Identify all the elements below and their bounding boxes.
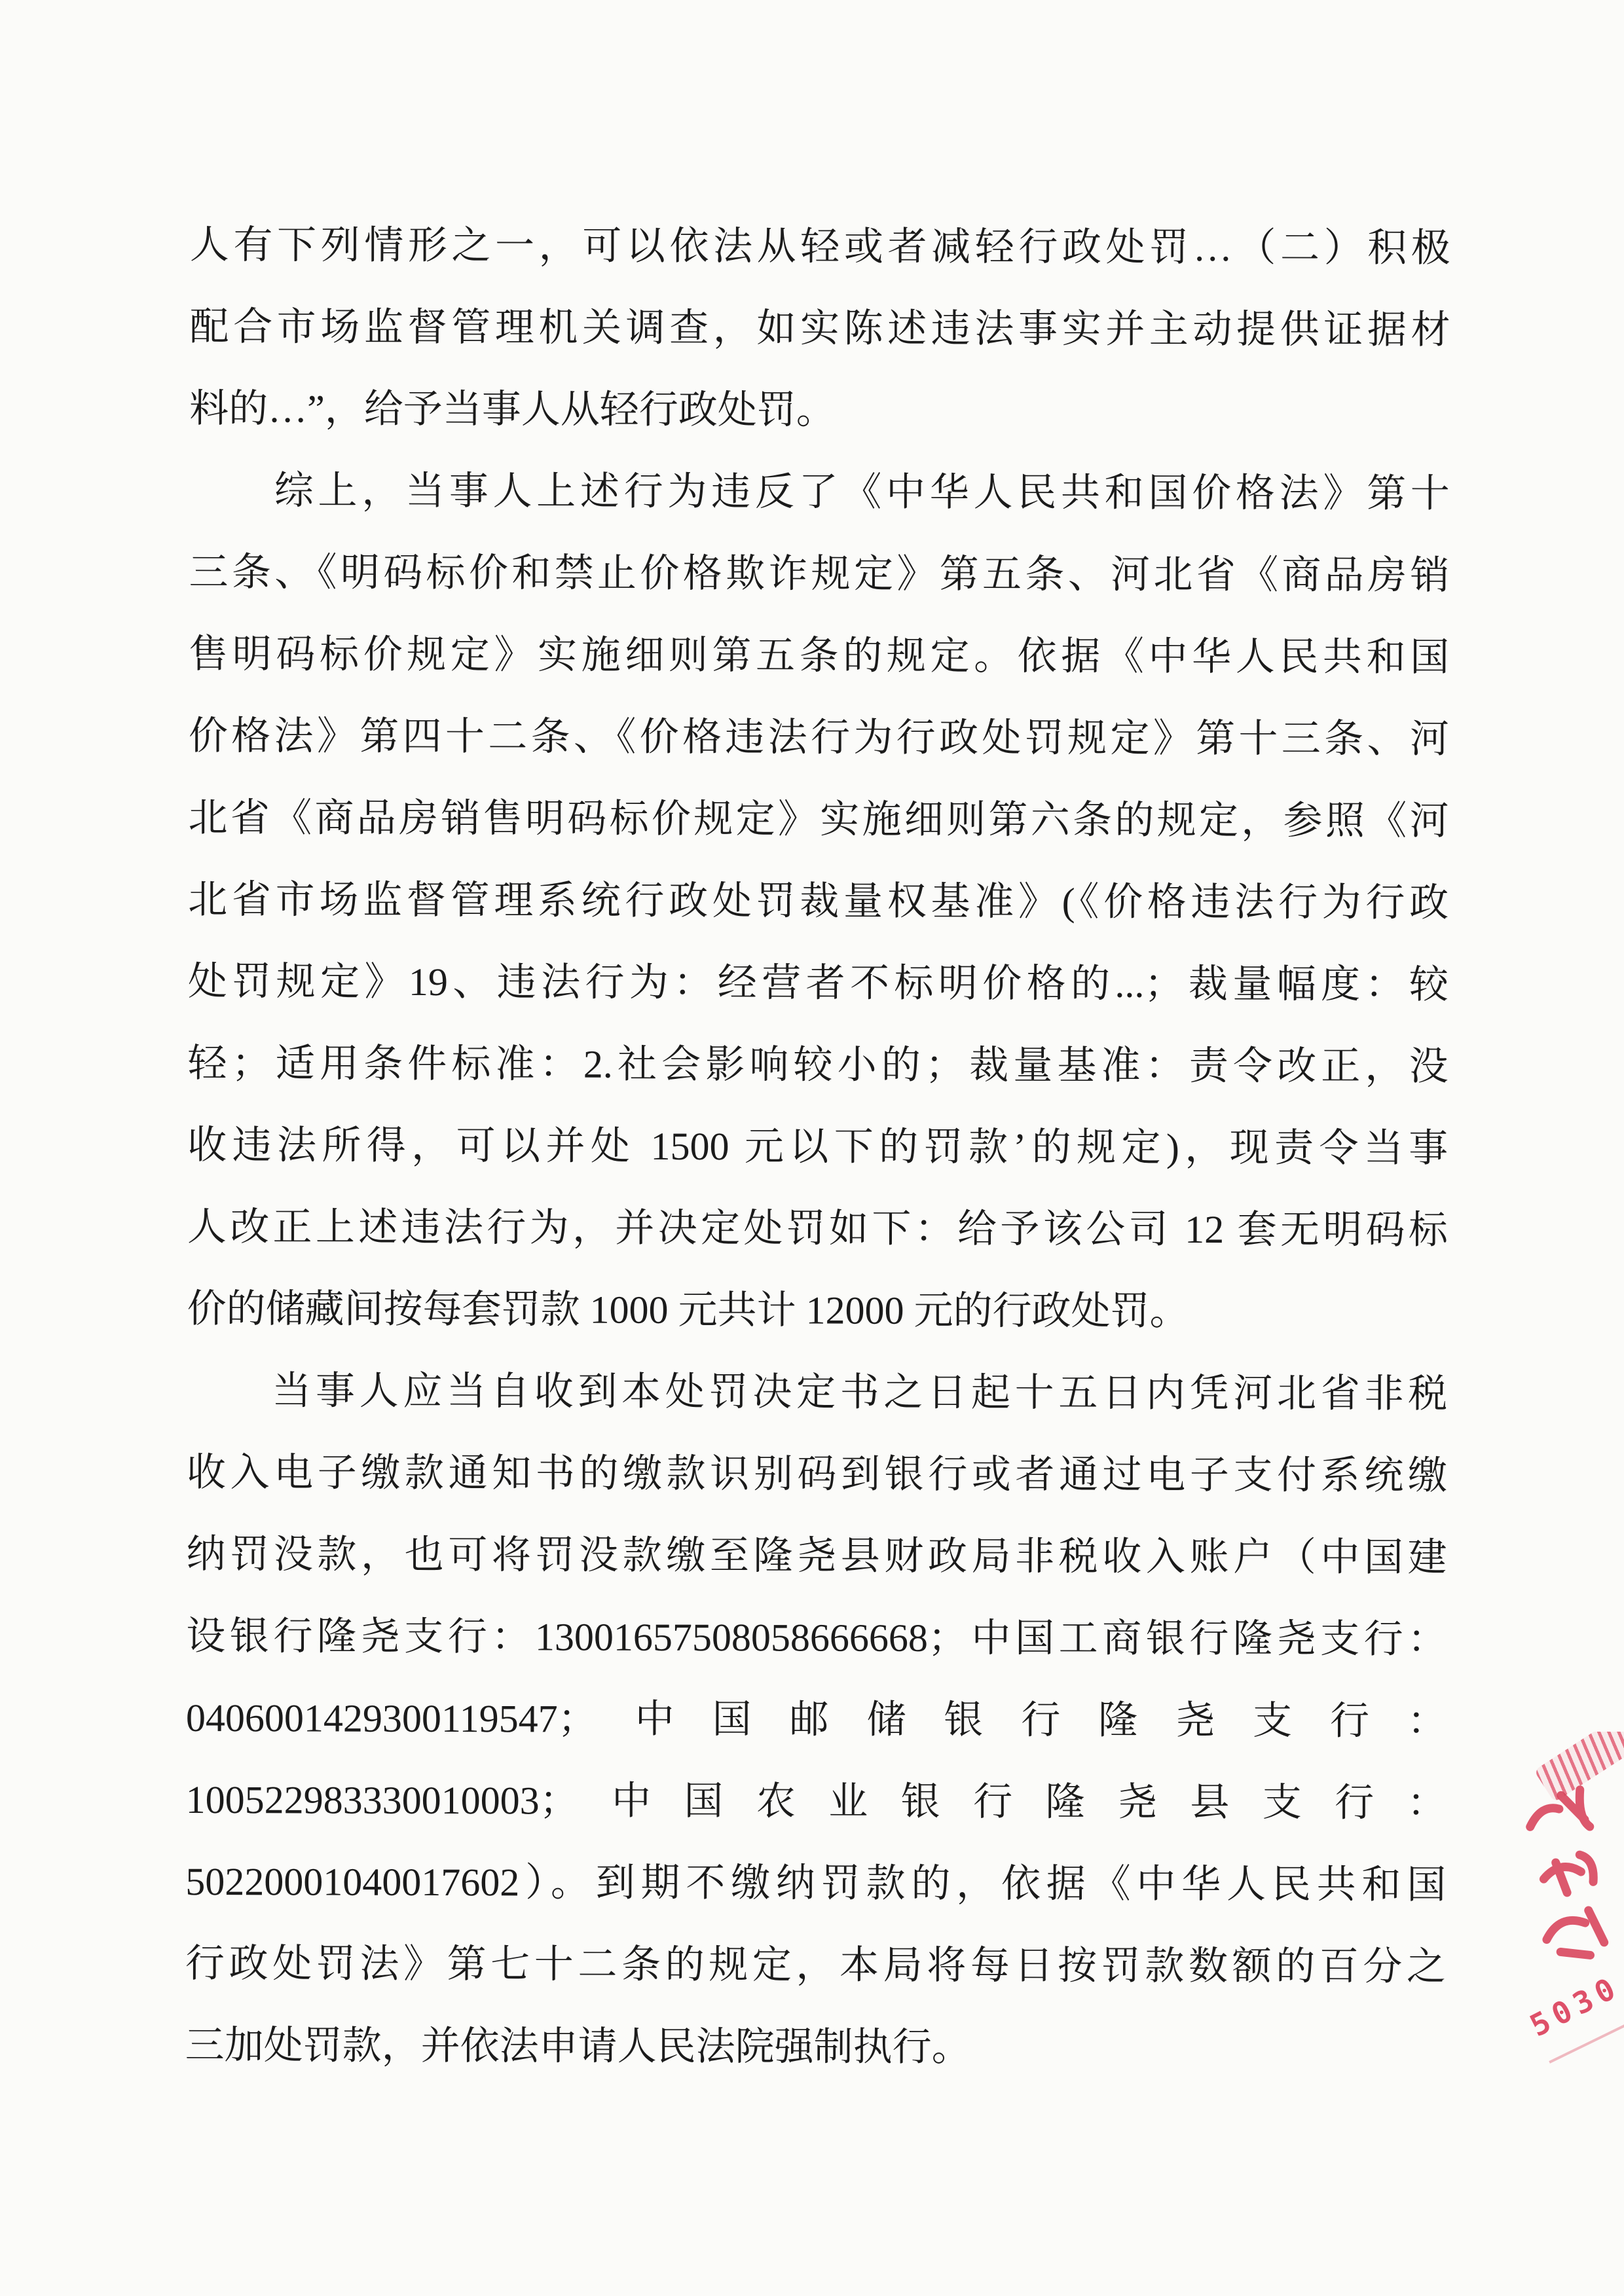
document-page: 人有下列情形之一，可以依法从轻或者减轻行政处罚…（二）积极 配合市场监督管理机关… — [0, 0, 1624, 2296]
text-line: 50220001040017602）。到期不缴纳罚款的，依据《中华人民共和国 — [185, 1841, 1446, 1926]
seal-border-arc — [1549, 2015, 1624, 2064]
seal-number: 5030 — [1524, 1969, 1624, 2044]
text-line: 三条、《明码标价和禁止价格欺诈规定》第五条、河北省《商品房销 — [189, 532, 1449, 617]
text-line: 北省市场监督管理系统行政处罚裁量权基准》(《价格违法行为行政 — [188, 859, 1449, 944]
text-line: 纳罚没款，也可将罚没款缴至隆尧县财政局非税收入账户（中国建 — [186, 1514, 1447, 1599]
text-line: 价格法》第四十二条、《价格违法行为行政处罚规定》第十三条、河 — [189, 695, 1449, 780]
text-line: 价的储藏间按每套罚款 1000 元共计 12000 元的行政处罚。 — [187, 1268, 1447, 1353]
text-line: 北省《商品房销售明码标价规定》实施细则第六条的规定，参照《河 — [188, 777, 1449, 862]
text-line: 100522983330010003；中国农业银行隆尧县支行： — [185, 1759, 1446, 1844]
text-line: 综上，当事人上述行为违反了《中华人民共和国价格法》第十 — [189, 450, 1450, 535]
seal-ring-hatch — [1534, 1732, 1624, 1802]
text-line: 0406001429300119547；中国邮储银行隆尧支行： — [186, 1677, 1447, 1762]
text-line: 料的…”，给予当事人从轻行政处罚。 — [189, 368, 1450, 453]
text-line: 轻；适用条件标准：2.社会影响较小的；裁量基准：责令改正，没 — [187, 1023, 1448, 1108]
official-seal-fragment: 5030 — [1518, 1732, 1624, 2072]
text-line: 处罚规定》19、违法行为：经营者不标明价格的...；裁量幅度：较 — [188, 941, 1449, 1026]
text-line: 收违法所得，可以并处 1500 元以下的罚款’的规定)，现责令当事 — [187, 1104, 1448, 1190]
seal-illegible-characters — [1518, 1776, 1624, 1999]
text-line: 三加处罚款，并依法申请人民法院强制执行。 — [185, 2005, 1445, 2090]
text-line: 人有下列情形之一，可以依法从轻或者减轻行政处罚…（二）积极 — [190, 204, 1450, 289]
text-line: 配合市场监督管理机关调查，如实陈述违法事实并主动提供证据材 — [189, 286, 1450, 371]
text-line: 当事人应当自收到本处罚决定书之日起十五日内凭河北省非税 — [187, 1350, 1447, 1435]
text-line: 设银行隆尧支行：13001657508058666668；中国工商银行隆尧支行： — [186, 1595, 1447, 1681]
document-body-text: 人有下列情形之一，可以依法从轻或者减轻行政处罚…（二）积极 配合市场监督管理机关… — [185, 204, 1450, 2090]
text-line: 行政处罚法》第七十二条的规定，本局将每日按罚款数额的百分之 — [185, 1923, 1446, 2008]
text-line: 人改正上述违法行为，并决定处罚如下：给予该公司 12 套无明码标 — [187, 1186, 1448, 1271]
text-line: 收入电子缴款通知书的缴款识别码到银行或者通过电子支付系统缴 — [187, 1432, 1447, 1517]
text-line: 售明码标价规定》实施细则第五条的规定。依据《中华人民共和国 — [189, 613, 1449, 699]
